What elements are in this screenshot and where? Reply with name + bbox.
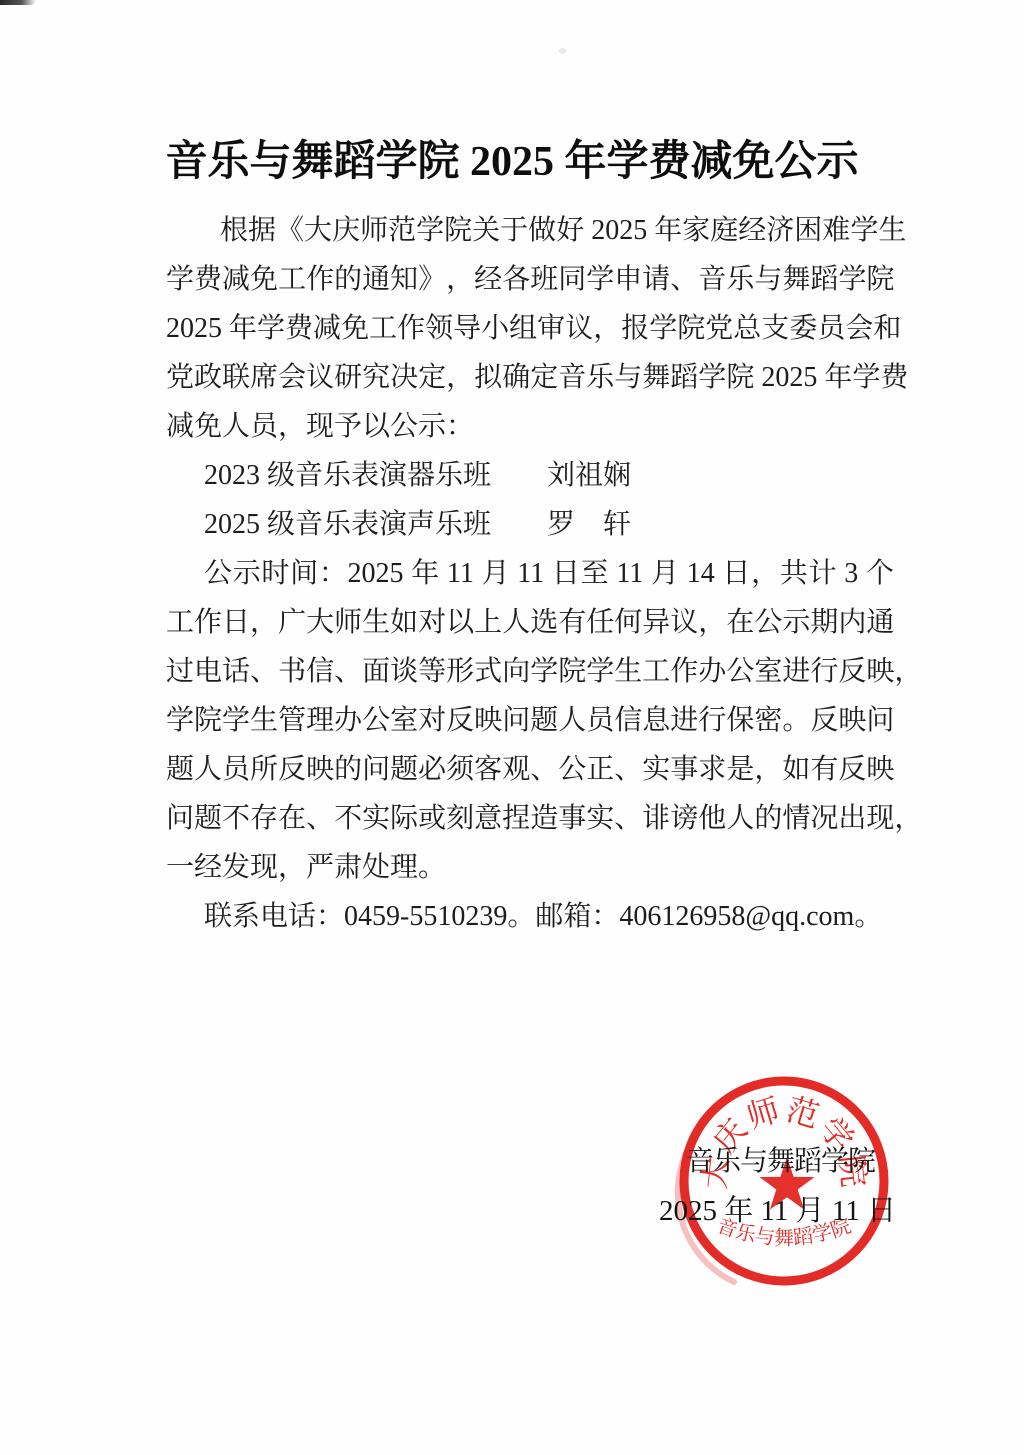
roster-line: 2023 级音乐表演器乐班 刘祖娴 <box>166 451 894 500</box>
text-line: 2025 年学费减免工作领导小组审议，报学院党总支委员会和 <box>166 304 894 353</box>
scan-dot <box>559 48 566 54</box>
roster-line: 2025 级音乐表演声乐班 罗 轩 <box>166 500 894 549</box>
text-line: 题人员所反映的问题必须客观、公正、实事求是，如有反映 <box>166 745 894 794</box>
text-line: 公示时间：2025 年 11 月 11 日至 11 月 14 日，共计 3 个 <box>166 549 894 598</box>
contact-line: 联系电话：0459-5510239。邮箱：406126958@qq.com。 <box>166 892 894 941</box>
page-title: 音乐与舞蹈学院 2025 年学费减免公示 <box>0 128 1024 188</box>
text-line: 减免人员，现予以公示： <box>166 402 894 451</box>
signature-date: 2025 年 11 月 11 日 <box>659 1188 896 1229</box>
official-seal: 大庆师范学院 音乐与舞蹈学院 <box>664 1061 904 1301</box>
signature-org: 音乐与舞蹈学院 <box>686 1139 875 1179</box>
document-page: 音乐与舞蹈学院 2025 年学费减免公示 根据《大庆师范学院关于做好 2025 … <box>0 0 1024 1455</box>
text-line: 党政联席会议研究决定，拟确定音乐与舞蹈学院 2025 年学费 <box>166 353 894 402</box>
text-line: 学费减免工作的通知》，经各班同学申请、音乐与舞蹈学院 <box>166 255 894 304</box>
text-line: 问题不存在、不实际或刻意捏造事实、诽谤他人的情况出现， <box>166 794 894 843</box>
body-text: 根据《大庆师范学院关于做好 2025 年家庭经济困难学生 学费减免工作的通知》，… <box>166 206 894 941</box>
text-line: 一经发现，严肃处理。 <box>166 843 894 892</box>
text-line: 学院学生管理办公室对反映问题人员信息进行保密。反映问 <box>166 696 894 745</box>
text-line: 过电话、书信、面谈等形式向学院学生工作办公室进行反映， <box>166 647 894 696</box>
scan-smudge <box>0 0 36 5</box>
text-line: 工作日，广大师生如对以上人选有任何异议，在公示期内通 <box>166 598 894 647</box>
text-line: 根据《大庆师范学院关于做好 2025 年家庭经济困难学生 <box>166 206 894 255</box>
